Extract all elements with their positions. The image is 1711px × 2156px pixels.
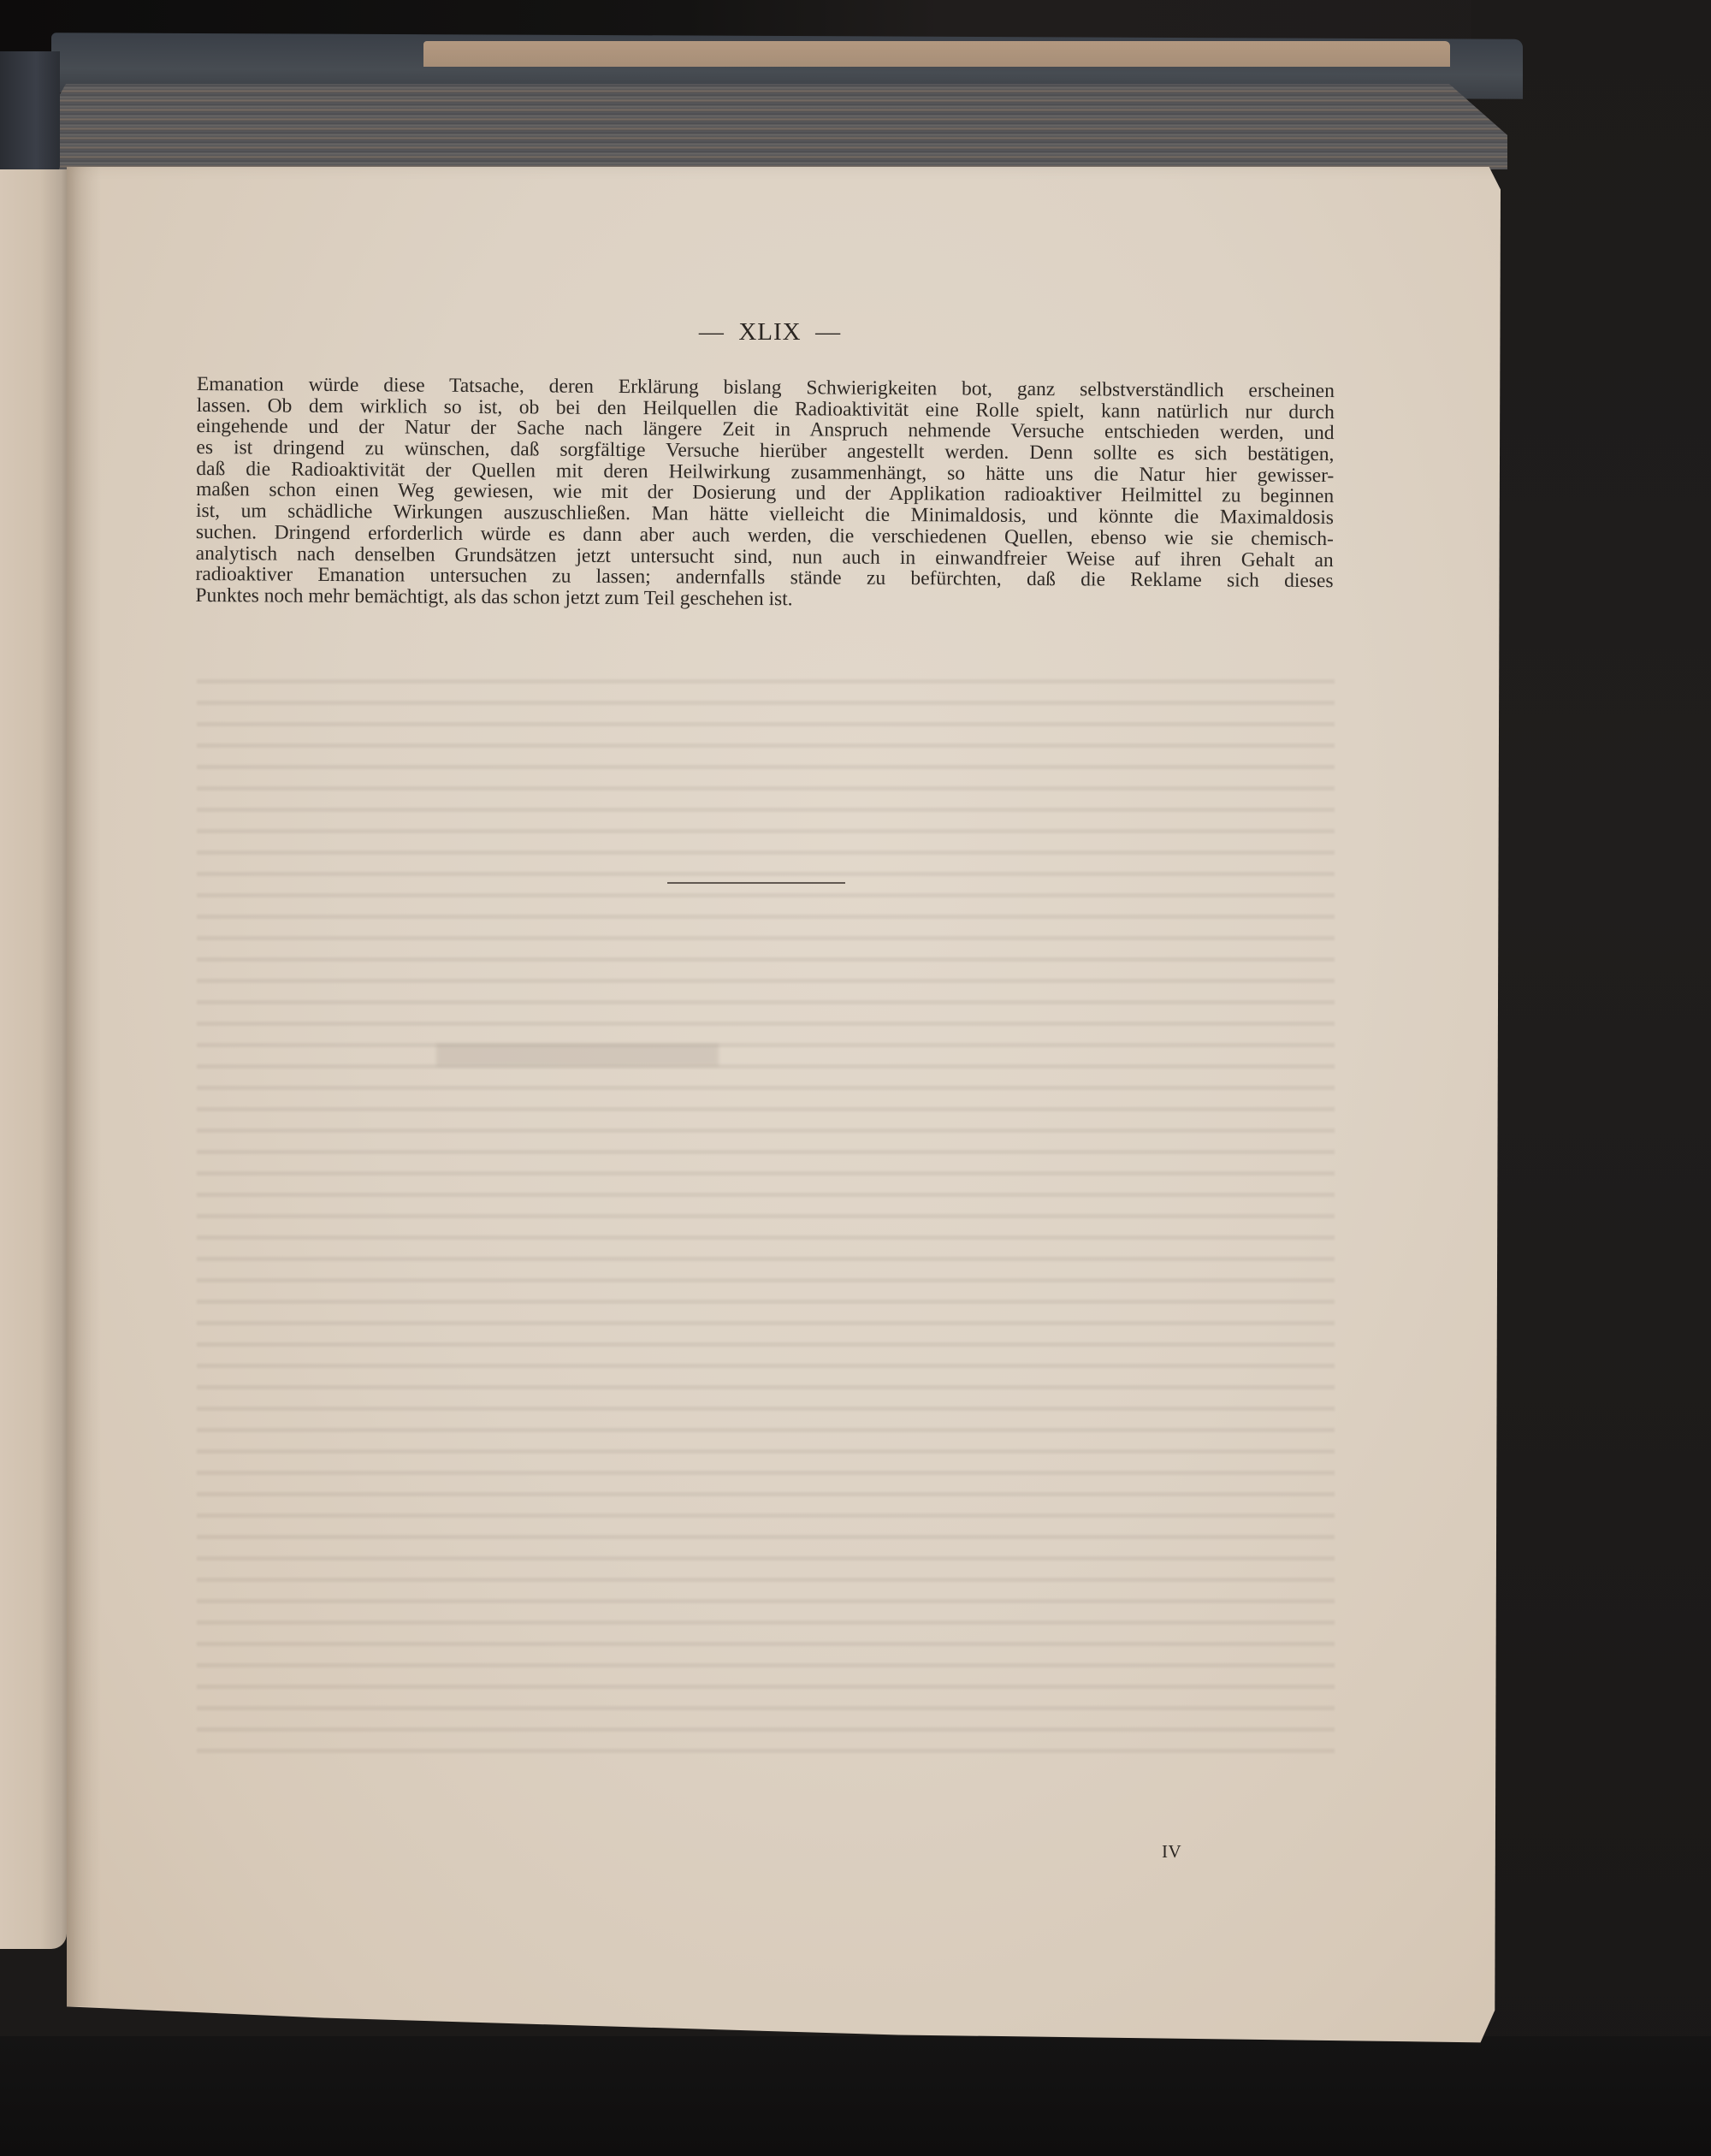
book-headband xyxy=(423,41,1450,67)
background-right xyxy=(1471,0,1711,2156)
left-cover-board xyxy=(0,51,60,173)
body-paragraph: Emanation würde diese Tatsache, deren Er… xyxy=(195,374,1335,613)
page-number-header: — XLIX — xyxy=(599,318,941,346)
reverse-side-heading-showthrough xyxy=(436,1044,719,1066)
left-page-sliver xyxy=(0,169,67,1949)
signature-mark: IV xyxy=(1162,1841,1181,1863)
section-divider-rule xyxy=(667,882,845,884)
page-edges-stack xyxy=(51,84,1507,169)
background-bottom xyxy=(0,2036,1711,2156)
